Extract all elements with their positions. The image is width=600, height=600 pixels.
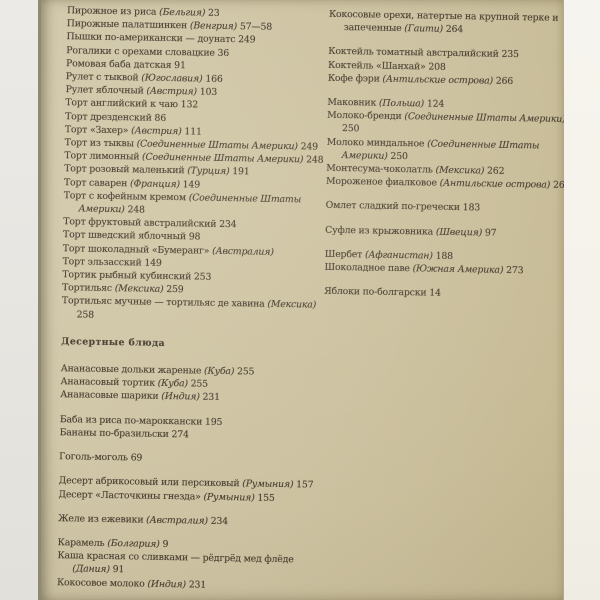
index-left-column: Пирожное из риса (Бельгия) 23Пирожные па… bbox=[57, 0, 332, 593]
entry-page-number: 264 bbox=[443, 24, 463, 35]
entry-page-number: 124 bbox=[424, 98, 444, 109]
entry-page-number: 249 bbox=[235, 35, 255, 46]
entry-page-number: 57—58 bbox=[237, 21, 272, 33]
entry-page-number: 86 bbox=[152, 112, 167, 123]
entry-group: Баба из риса по-мароккански 195Бананы по… bbox=[60, 413, 325, 444]
entry-country: (Турция) bbox=[184, 166, 229, 178]
entry-country: (Куба) bbox=[155, 378, 188, 390]
entry-title: Баба из риса по-мароккански bbox=[60, 414, 202, 427]
entry-country: (Австрия) bbox=[128, 125, 181, 137]
entry-title: Ананасовые дольки жареные bbox=[61, 363, 202, 376]
background-right-strip bbox=[564, 0, 600, 600]
index-entry: Омлет сладкий по-гречески 183 bbox=[326, 199, 573, 217]
entry-group: Пирожное из риса (Бельгия) 23Пирожные па… bbox=[62, 4, 332, 325]
entry-title: Торт эльзасский bbox=[63, 256, 142, 268]
entry-title: Шоколадное паве bbox=[324, 262, 409, 274]
index-entry: Желе из ежевики (Австралия) 234 bbox=[58, 512, 323, 530]
entry-group: Шербет (Афганистан) 188Шоколадное паве (… bbox=[324, 248, 571, 279]
entry-title: Ромовая баба датская bbox=[66, 58, 172, 71]
entry-title: Тортильяс мучные — тортильяс де хавина bbox=[62, 296, 265, 311]
entry-page-number: 234 bbox=[216, 219, 236, 230]
index-entry: Каша красная со сливками — рёдгрёд мед ф… bbox=[57, 549, 322, 580]
entry-page-number: 248 bbox=[125, 204, 145, 215]
entry-page-number: 231 bbox=[200, 392, 220, 403]
entry-title: Молоко-бренди bbox=[327, 110, 402, 122]
entry-country: (Афганистан) bbox=[362, 249, 433, 261]
entry-title: Десерт «Ласточкины гнезда» bbox=[58, 489, 200, 502]
entry-title: Кокосовое молоко bbox=[57, 577, 145, 590]
entry-page-number: 14 bbox=[426, 288, 441, 299]
entry-country: (Югославия) bbox=[138, 72, 202, 84]
entry-title: Карамель bbox=[58, 537, 105, 549]
entry-title: Монтесума-чоколатль bbox=[326, 163, 433, 176]
entry-country: (Индия) bbox=[158, 391, 199, 403]
entry-page-number: 132 bbox=[178, 100, 198, 111]
entry-country: (Швеция) bbox=[433, 226, 482, 238]
entry-country: (Болгария) bbox=[104, 538, 159, 550]
entry-country: (Румыния) bbox=[239, 479, 293, 491]
entry-page-number: 250 bbox=[342, 123, 359, 134]
entry-title: Мороженое фиалковое bbox=[326, 176, 437, 189]
book-page: Пирожное из риса (Бельгия) 23Пирожные па… bbox=[38, 0, 564, 600]
entry-country: (Бельгия) bbox=[156, 7, 205, 19]
entry-title: Ананасовый тортик bbox=[60, 376, 155, 389]
entry-page-number: 91 bbox=[171, 60, 186, 71]
entry-title: Маковник bbox=[327, 97, 376, 109]
entry-country: (Австралия) bbox=[209, 245, 274, 257]
entry-title: Пирожное из риса bbox=[67, 5, 157, 18]
entry-group: Карамель (Болгария) 9Каша красная со сли… bbox=[57, 536, 323, 593]
entry-page-number: 191 bbox=[229, 166, 249, 177]
entry-title: Торт дрезденский bbox=[65, 111, 152, 124]
section-heading: Десертные блюда bbox=[61, 335, 326, 353]
entry-title: Тортильяс bbox=[62, 282, 112, 294]
entry-title: Омлет сладкий по-гречески bbox=[326, 200, 460, 213]
entry-title: Суфле из крыжовника bbox=[325, 224, 433, 237]
entry-country: (Соединенные Штаты Америки) bbox=[402, 111, 566, 125]
entry-title: Рулет яблочный bbox=[66, 84, 144, 96]
entry-title: Рогалики с орехами словацкие bbox=[66, 45, 215, 59]
page-content: Пирожное из риса (Бельгия) 23Пирожные па… bbox=[36, 0, 568, 600]
index-right-column: Кокосовые орехи, натертые на крупной тер… bbox=[324, 0, 576, 302]
index-entry: Суфле из крыжовника (Швеция) 97 bbox=[325, 223, 572, 241]
entry-group: Яблоки по-болгарски 14 bbox=[324, 285, 571, 303]
entry-group: Кокосовые орехи, натертые на крупной тер… bbox=[329, 8, 576, 39]
entry-page-number: 183 bbox=[460, 202, 480, 213]
entry-country: (Румыния) bbox=[201, 491, 255, 503]
entry-country: (Мексика) bbox=[265, 299, 317, 311]
entry-page-number: 98 bbox=[186, 232, 201, 243]
entry-country: (Австрия) bbox=[144, 86, 197, 98]
entry-country: (Гаити) bbox=[401, 23, 443, 35]
entry-title: Тортик рыбный кубинский bbox=[62, 269, 191, 282]
entry-page-number: 255 bbox=[188, 379, 208, 390]
entry-page-number: 249 bbox=[298, 141, 318, 152]
entry-page-number: 273 bbox=[503, 265, 523, 276]
entry-title: Бананы по-бразильски bbox=[60, 427, 169, 440]
index-entry: Яблоки по-болгарски 14 bbox=[324, 285, 571, 303]
entry-country: (Антильские острова) bbox=[437, 178, 551, 191]
entry-group: Гоголь-моголь 69 bbox=[59, 450, 324, 468]
entry-page-number: 235 bbox=[499, 49, 519, 60]
entry-group: Омлет сладкий по-гречески 183 bbox=[326, 199, 573, 217]
entry-title: Ананасовые шарики bbox=[60, 390, 158, 403]
entry-title: Пирожные палатшинкен bbox=[67, 18, 188, 31]
entry-page-number: 166 bbox=[202, 74, 222, 85]
entry-title: Коктейль томатный австралийский bbox=[328, 46, 499, 60]
entry-page-number: 69 bbox=[128, 452, 143, 463]
entry-page-number: 157 bbox=[293, 479, 313, 490]
entry-page-number: 248 bbox=[303, 155, 323, 166]
entry-page-number: 255 bbox=[234, 366, 254, 377]
entry-country: (Мексика) bbox=[433, 165, 485, 177]
entry-country: (Куба) bbox=[201, 366, 234, 378]
entry-page-number: 258 bbox=[77, 309, 94, 320]
entry-page-number: 23 bbox=[205, 8, 220, 19]
entry-page-number: 9 bbox=[160, 539, 169, 550]
entry-title: Торт шоколадный «Бумеранг» bbox=[63, 243, 210, 257]
entry-title: Десерт абрикосовый или персиковый bbox=[59, 475, 240, 489]
index-entry: Гоголь-моголь 69 bbox=[59, 450, 324, 468]
background-left-strip bbox=[0, 0, 38, 600]
entry-page-number: 234 bbox=[208, 515, 228, 526]
entry-page-number: 155 bbox=[255, 492, 275, 503]
entry-page-number: 253 bbox=[191, 271, 211, 282]
entry-title: Торт из тыквы bbox=[65, 137, 134, 149]
entry-title: Торт саварен bbox=[64, 177, 127, 189]
entry-page-number: 36 bbox=[215, 47, 230, 58]
entry-page-number: 103 bbox=[197, 87, 217, 98]
entry-group: Суфле из крыжовника (Швеция) 97 bbox=[325, 223, 572, 241]
entry-country: (Антильские острова) bbox=[380, 73, 494, 86]
entry-title: Молоко миндальное bbox=[327, 136, 425, 149]
entry-country: (Австралия) bbox=[143, 514, 208, 526]
index-entry: Тортильяс мучные — тортильяс де хавина (… bbox=[62, 295, 327, 326]
entry-title: Торт «Захер» bbox=[65, 124, 129, 136]
entry-country: (Мексика) bbox=[112, 283, 164, 295]
entry-group: Ананасовые дольки жареные (Куба) 255Анан… bbox=[60, 362, 326, 406]
entry-page-number: 259 bbox=[163, 284, 183, 295]
entry-group: Маковник (Польша) 124Молоко-бренди (Соед… bbox=[326, 96, 575, 193]
entry-page-number: 250 bbox=[388, 151, 408, 162]
entry-page-number: 149 bbox=[142, 257, 162, 268]
entry-page-number: 266 bbox=[493, 75, 513, 86]
entry-page-number: 274 bbox=[169, 429, 189, 440]
entry-page-number: 231 bbox=[186, 579, 206, 590]
entry-country: (Польша) bbox=[376, 98, 424, 110]
entry-page-number: 97 bbox=[482, 227, 497, 238]
entry-title: Гоголь-моголь bbox=[59, 451, 128, 463]
entry-title: Торт английский к чаю bbox=[65, 98, 178, 111]
entry-title: Торт с кофейным кремом bbox=[64, 190, 186, 203]
entry-title: Торт розовый маленький bbox=[64, 164, 184, 177]
entry-page-number: 208 bbox=[426, 61, 446, 72]
entry-title: Шербет bbox=[325, 249, 363, 261]
entry-page-number: 262 bbox=[484, 166, 504, 177]
entry-country: (Индия) bbox=[145, 578, 186, 590]
entry-page-number: 195 bbox=[202, 416, 222, 427]
entry-title: Торт шведский яблочный bbox=[63, 230, 186, 243]
entry-country: (Дания) bbox=[72, 564, 110, 576]
book-page-photo: Пирожное из риса (Бельгия) 23Пирожные па… bbox=[0, 0, 600, 600]
entry-page-number: 188 bbox=[433, 250, 453, 261]
entry-country: (Венгрия) bbox=[187, 20, 237, 32]
entry-country: (Франция) bbox=[127, 178, 180, 190]
entry-title: Пышки по-американски — доунатс bbox=[66, 32, 235, 46]
entry-title: Кофе фэри bbox=[328, 73, 380, 85]
entry-title: Яблоки по-болгарски bbox=[324, 286, 427, 299]
entry-group: Десерт абрикосовый или персиковый (Румын… bbox=[58, 474, 323, 505]
entry-group: Желе из ежевики (Австралия) 234 bbox=[58, 512, 323, 530]
entry-page-number: 111 bbox=[182, 126, 202, 137]
index-entry: Кокосовые орехи, натертые на крупной тер… bbox=[329, 8, 576, 39]
entry-title: Рулет с тыквой bbox=[66, 71, 139, 83]
entry-page-number: 149 bbox=[180, 179, 200, 190]
entry-title: Желе из ежевики bbox=[58, 513, 143, 525]
entry-page-number: 91 bbox=[110, 564, 125, 575]
entry-title: Торт лимонный bbox=[64, 150, 139, 162]
entry-group: Коктейль томатный австралийский 235Кокте… bbox=[328, 45, 576, 89]
entry-country: (Южная Америка) bbox=[410, 263, 504, 276]
entry-title: Коктейль «Шанхай» bbox=[328, 59, 426, 72]
